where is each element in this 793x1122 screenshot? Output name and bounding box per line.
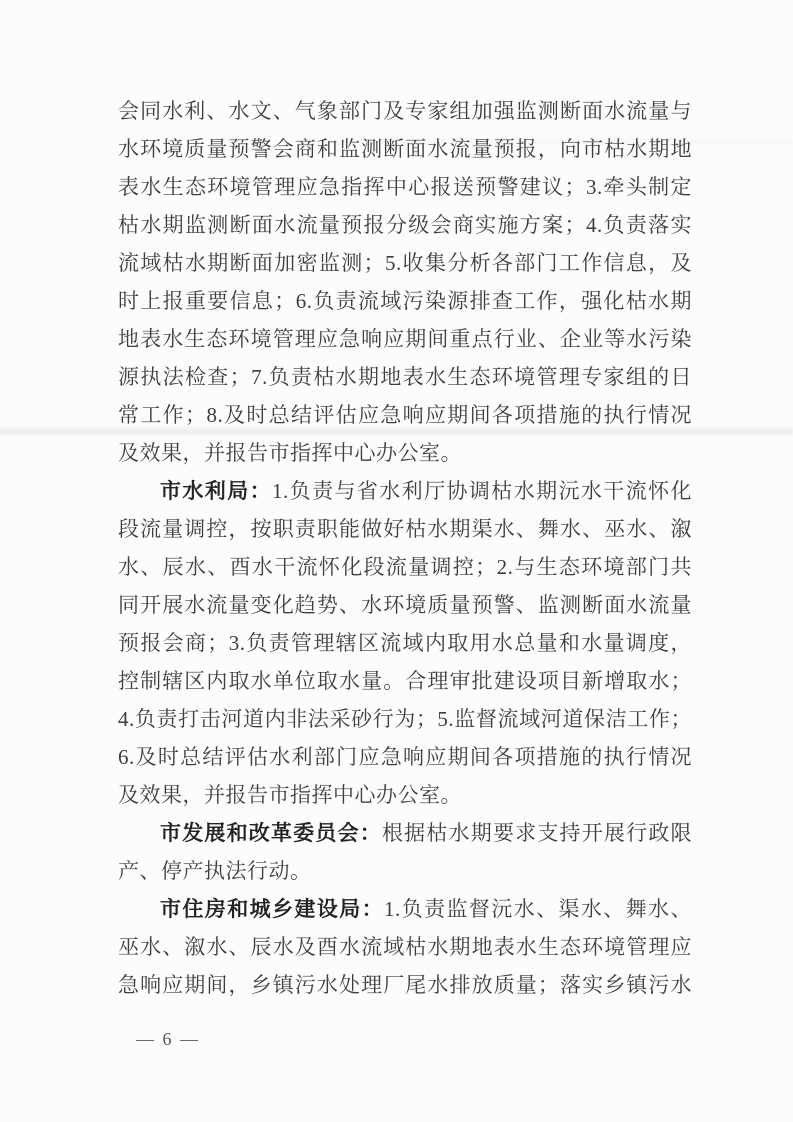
text-line: 时上报重要信息；6.负责流域污染源排查工作，强化枯水期	[118, 282, 692, 320]
line-text: 产、停产执法行动。	[118, 859, 312, 883]
line-text: 常工作；8.及时总结评估应急响应期间各项措施的执行情况	[118, 403, 692, 427]
text-line: 4.负责打击河道内非法采砂行为；5.监督流域河道保洁工作；	[118, 700, 692, 738]
text-line: 急响应期间，乡镇污水处理厂尾水排放质量；落实乡镇污水	[118, 966, 692, 1004]
document-body: 会同水利、水文、气象部门及专家组加强监测断面水流量与水环境质量预警会商和监测断面…	[118, 92, 692, 1004]
dept-heading: 市水利局：	[160, 479, 272, 503]
text-line: 枯水期监测断面水流量预报分级会商实施方案；4.负责落实	[118, 206, 692, 244]
line-text: 根据枯水期要求支持开展行政限	[382, 821, 692, 845]
line-text: 1.负责监督沅水、渠水、舞水、	[384, 897, 692, 921]
text-line: 常工作；8.及时总结评估应急响应期间各项措施的执行情况	[118, 396, 692, 434]
dept-heading: 市住房和城乡建设局：	[160, 897, 384, 921]
line-text: 地表水生态环境管理应急响应期间重点行业、企业等水污染	[118, 327, 692, 351]
text-line: 控制辖区内取水单位取水量。合理审批建设项目新增取水；	[118, 662, 692, 700]
line-text: 1.负责与省水利厅协调枯水期沅水干流怀化	[272, 479, 692, 503]
line-text: 段流量调控，按职责职能做好枯水期渠水、舞水、巫水、溆	[118, 517, 692, 541]
line-text: 4.负责打击河道内非法采砂行为；5.监督流域河道保洁工作；	[118, 707, 692, 731]
text-line: 流域枯水期断面加密监测；5.收集分析各部门工作信息，及	[118, 244, 692, 282]
line-text: 源执法检查；7.负责枯水期地表水生态环境管理专家组的日	[118, 365, 692, 389]
document-page: 会同水利、水文、气象部门及专家组加强监测断面水流量与水环境质量预警会商和监测断面…	[0, 0, 793, 1122]
line-text: 水、辰水、酉水干流怀化段流量调控；2.与生态环境部门共	[118, 555, 692, 579]
line-text: 控制辖区内取水单位取水量。合理审批建设项目新增取水；	[118, 669, 692, 693]
text-line: 巫水、溆水、辰水及酉水流域枯水期地表水生态环境管理应	[118, 928, 692, 966]
text-line: 市发展和改革委员会：根据枯水期要求支持开展行政限	[118, 814, 692, 852]
text-line: 水、辰水、酉水干流怀化段流量调控；2.与生态环境部门共	[118, 548, 692, 586]
line-text: 枯水期监测断面水流量预报分级会商实施方案；4.负责落实	[118, 213, 692, 237]
line-text: 水环境质量预警会商和监测断面水流量预报，向市枯水期地	[118, 137, 692, 161]
line-text: 会同水利、水文、气象部门及专家组加强监测断面水流量与	[118, 99, 692, 123]
text-line: 及效果，并报告市指挥中心办公室。	[118, 434, 692, 472]
text-line: 表水生态环境管理应急指挥中心报送预警建议；3.牵头制定	[118, 168, 692, 206]
text-line: 预报会商；3.负责管理辖区流域内取用水总量和水量调度，	[118, 624, 692, 662]
text-line: 水环境质量预警会商和监测断面水流量预报，向市枯水期地	[118, 130, 692, 168]
line-text: 时上报重要信息；6.负责流域污染源排查工作，强化枯水期	[118, 289, 692, 313]
line-text: 巫水、溆水、辰水及酉水流域枯水期地表水生态环境管理应	[118, 935, 692, 959]
line-text: 表水生态环境管理应急指挥中心报送预警建议；3.牵头制定	[118, 175, 692, 199]
text-line: 市水利局：1.负责与省水利厅协调枯水期沅水干流怀化	[118, 472, 692, 510]
line-text: 6.及时总结评估水利部门应急响应期间各项措施的执行情况	[118, 745, 692, 769]
text-line: 地表水生态环境管理应急响应期间重点行业、企业等水污染	[118, 320, 692, 358]
text-line: 市住房和城乡建设局：1.负责监督沅水、渠水、舞水、	[118, 890, 692, 928]
line-text: 及效果，并报告市指挥中心办公室。	[118, 783, 462, 807]
line-text: 流域枯水期断面加密监测；5.收集分析各部门工作信息，及	[118, 251, 692, 275]
page-number: — 6 —	[136, 1027, 200, 1051]
line-text: 及效果，并报告市指挥中心办公室。	[118, 441, 462, 465]
dept-heading: 市发展和改革委员会：	[160, 821, 382, 845]
text-line: 产、停产执法行动。	[118, 852, 692, 890]
text-line: 段流量调控，按职责职能做好枯水期渠水、舞水、巫水、溆	[118, 510, 692, 548]
text-line: 同开展水流量变化趋势、水环境质量预警、监测断面水流量	[118, 586, 692, 624]
text-line: 源执法检查；7.负责枯水期地表水生态环境管理专家组的日	[118, 358, 692, 396]
line-text: 预报会商；3.负责管理辖区流域内取用水总量和水量调度，	[118, 631, 692, 655]
text-line: 6.及时总结评估水利部门应急响应期间各项措施的执行情况	[118, 738, 692, 776]
line-text: 急响应期间，乡镇污水处理厂尾水排放质量；落实乡镇污水	[118, 973, 692, 997]
text-line: 会同水利、水文、气象部门及专家组加强监测断面水流量与	[118, 92, 692, 130]
line-text: 同开展水流量变化趋势、水环境质量预警、监测断面水流量	[118, 593, 692, 617]
text-line: 及效果，并报告市指挥中心办公室。	[118, 776, 692, 814]
